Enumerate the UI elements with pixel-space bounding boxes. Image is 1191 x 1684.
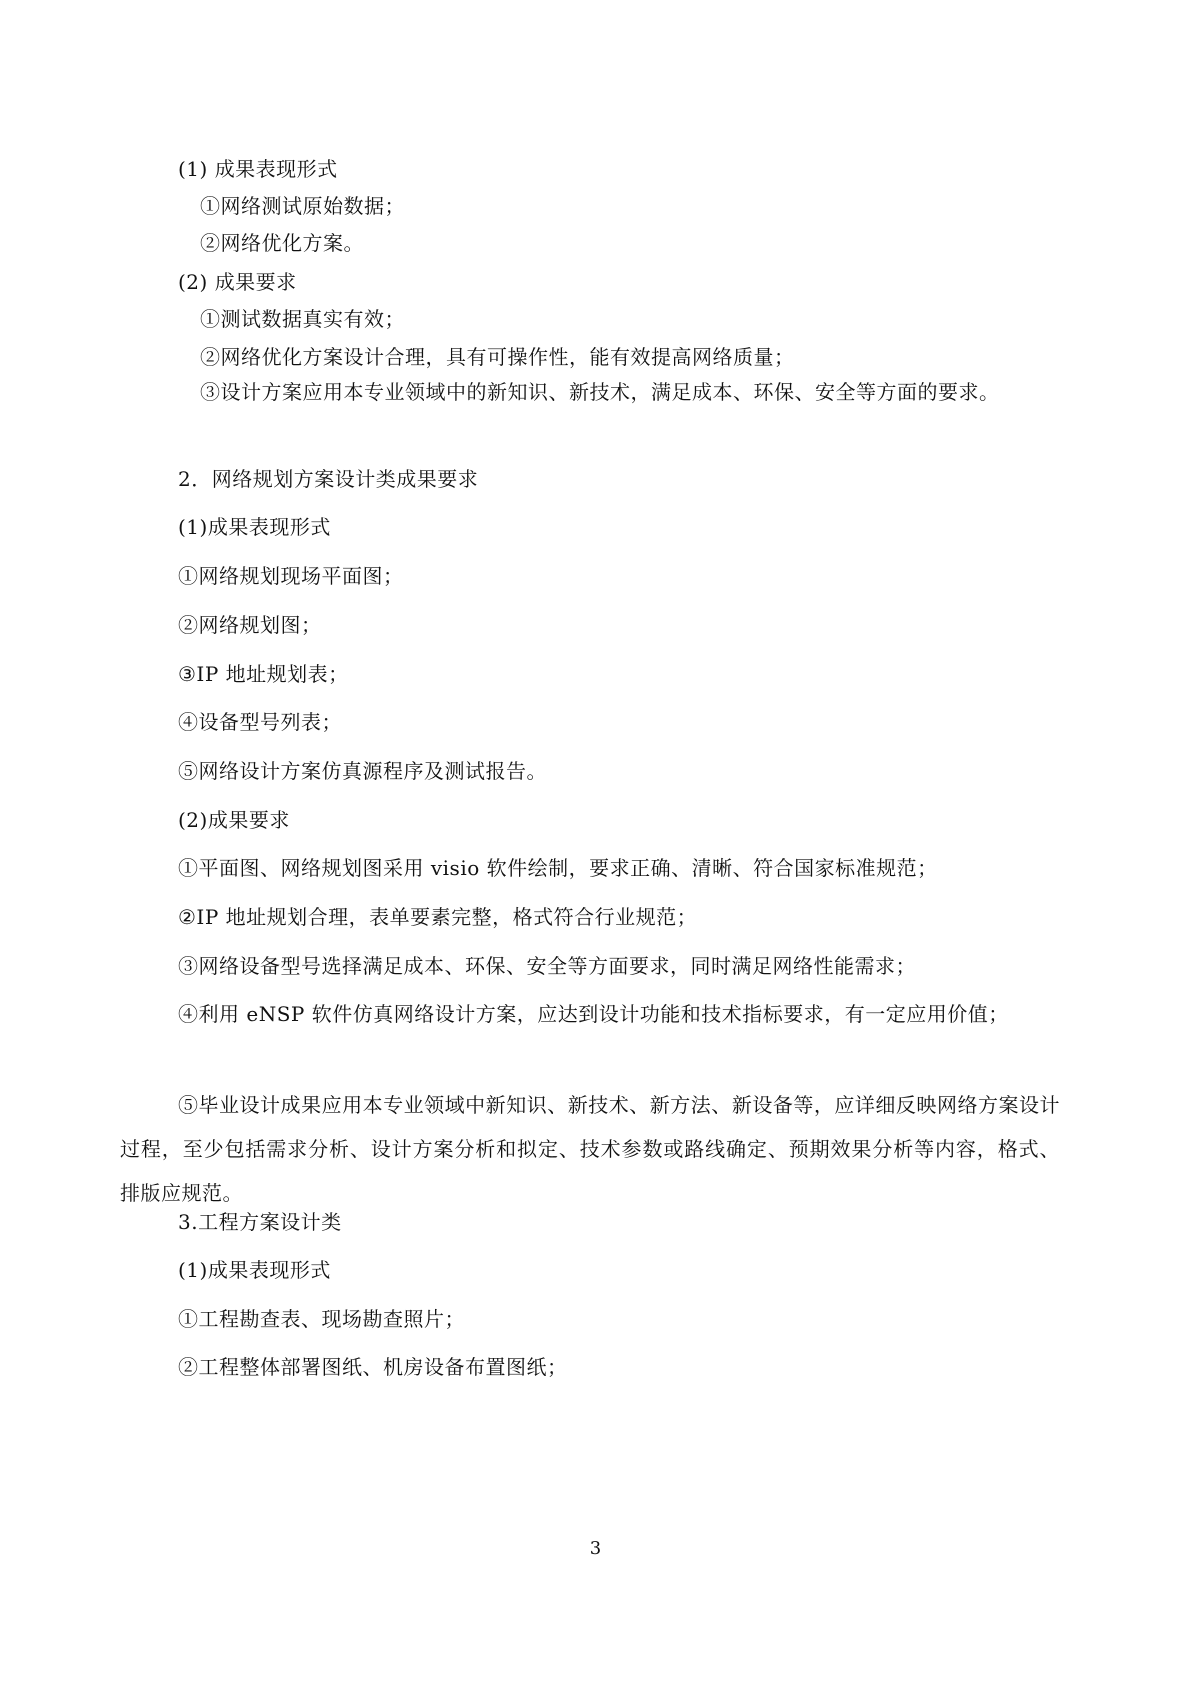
- section2-form-item: ④设备型号列表；: [178, 710, 342, 734]
- section2-req-heading: (2)成果要求: [178, 808, 290, 832]
- document-page: (1) 成果表现形式 ①网络测试原始数据； ②网络优化方案。 (2) 成果要求 …: [0, 0, 1191, 1684]
- section1-req-item: ①测试数据真实有效；: [200, 307, 405, 331]
- section2-req-item: ④利用 eNSP 软件仿真网络设计方案，应达到设计功能和技术指标要求，有一定应用…: [120, 990, 1060, 1038]
- section3-form-heading: (1)成果表现形式: [178, 1258, 331, 1282]
- section2-form-heading: (1)成果表现形式: [178, 515, 331, 539]
- section1-req-item: ③设计方案应用本专业领域中的新知识、新技术，满足成本、环保、安全等方面的要求。: [120, 370, 1060, 414]
- section2-req-item: ⑤毕业设计成果应用本专业领域中新知识、新技术、新方法、新设备等，应详细反映网络方…: [120, 1083, 1060, 1215]
- section2-req-item: ①平面图、网络规划图采用 visio 软件绘制，要求正确、清晰、符合国家标准规范…: [178, 856, 938, 880]
- section3-form-item: ①工程勘查表、现场勘查照片；: [178, 1307, 465, 1331]
- page-number: 3: [0, 1538, 1191, 1559]
- section2-form-item: ⑤网络设计方案仿真源程序及测试报告。: [178, 759, 547, 783]
- section2-title: 2．网络规划方案设计类成果要求: [178, 467, 478, 491]
- section2-form-item: ②网络规划图；: [178, 613, 322, 637]
- section1-req-item: ②网络优化方案设计合理，具有可操作性，能有效提高网络质量；: [200, 345, 795, 369]
- section1-form-heading: (1) 成果表现形式: [178, 157, 338, 181]
- section2-form-item: ①网络规划现场平面图；: [178, 564, 404, 588]
- section3-form-item: ②工程整体部署图纸、机房设备布置图纸；: [178, 1355, 568, 1379]
- section1-form-item: ②网络优化方案。: [200, 231, 364, 255]
- section2-req-item: ③网络设备型号选择满足成本、环保、安全等方面要求，同时满足网络性能需求；: [178, 954, 916, 978]
- section1-req-heading: (2) 成果要求: [178, 270, 297, 294]
- section1-form-item: ①网络测试原始数据；: [200, 194, 405, 218]
- section2-req-item: ②IP 地址规划合理，表单要素完整，格式符合行业规范；: [178, 905, 697, 929]
- section2-form-item: ③IP 地址规划表；: [178, 662, 349, 686]
- section3-title: 3.工程方案设计类: [178, 1210, 342, 1234]
